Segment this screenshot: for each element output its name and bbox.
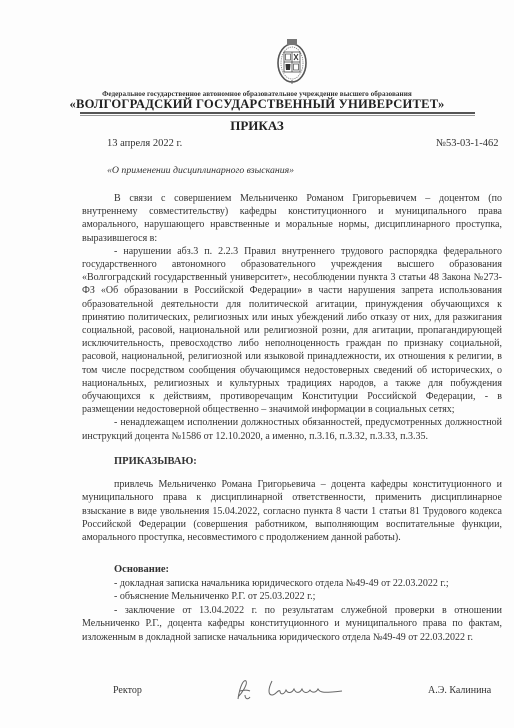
coat-of-arms-icon bbox=[275, 36, 309, 86]
order-subject: «О применении дисциплинарного взыскания» bbox=[107, 165, 294, 176]
order-heading: ПРИКАЗЫВАЮ: bbox=[82, 455, 502, 468]
signatory-title: Ректор bbox=[113, 685, 142, 696]
intro-paragraph: В связи с совершением Мельниченко Романо… bbox=[82, 192, 502, 245]
basis-heading: Основание: bbox=[82, 563, 502, 577]
basis-item-2: - объяснение Мельниченко Р.Г. от 25.03.2… bbox=[82, 590, 502, 604]
violation-paragraph-1: - нарушении абз.3 п. 2.2.3 Правил внутре… bbox=[82, 245, 502, 417]
signatory-name: А.Э. Калинина bbox=[428, 685, 491, 696]
order-date: 13 апреля 2022 г. bbox=[107, 138, 182, 149]
university-name: «ВОЛГОГРАДСКИЙ ГОСУДАРСТВЕННЫЙ УНИВЕРСИТ… bbox=[0, 97, 514, 112]
order-number: №53-03-1-462 bbox=[436, 138, 499, 149]
handwritten-signature-icon bbox=[230, 675, 350, 703]
header-divider-thin bbox=[80, 115, 475, 116]
document-type-title: ПРИКАЗ bbox=[0, 118, 514, 134]
order-paragraph: привлечь Мельниченко Романа Григорьевича… bbox=[82, 478, 502, 544]
basis-section: Основание: - докладная записка начальник… bbox=[82, 563, 502, 645]
basis-item-1: - докладная записка начальника юридическ… bbox=[82, 577, 502, 591]
order-section: ПРИКАЗЫВАЮ: привлечь Мельниченко Романа … bbox=[82, 455, 502, 544]
basis-item-3: - заключение от 13.04.2022 г. по результ… bbox=[82, 604, 502, 645]
header-divider bbox=[80, 112, 475, 114]
intro-section: В связи с совершением Мельниченко Романо… bbox=[82, 192, 502, 443]
violation-paragraph-2: - ненадлежащем исполнении должностных об… bbox=[82, 416, 502, 442]
